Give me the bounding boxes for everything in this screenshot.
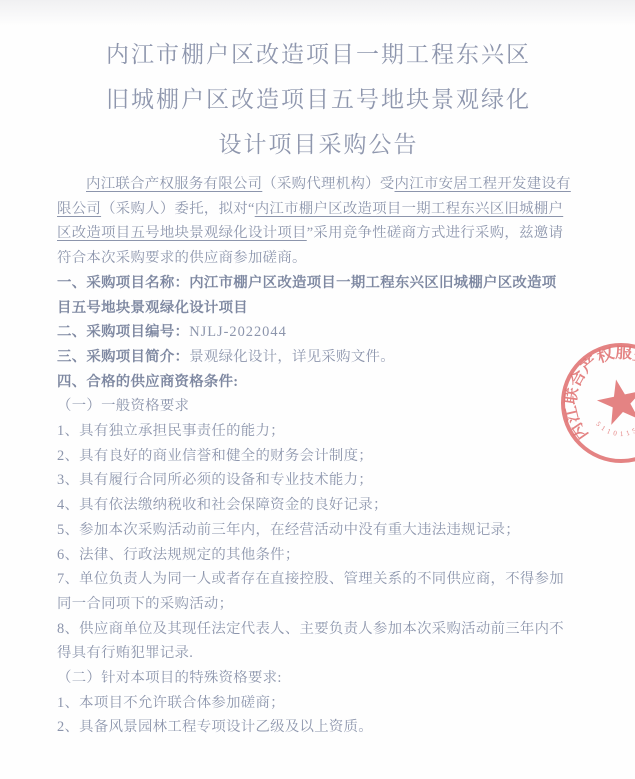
qualification-section-heading: 四、合格的供应商资格条件: xyxy=(57,370,580,395)
qualification-item: 8、供应商单位及其现任法定代表人、主要负责人参加本次采购活动前三年内不 xyxy=(57,617,580,642)
document-content: 内江市棚户区改造项目一期工程东兴区 旧城棚户区改造项目五号地块景观绿化 设计项目… xyxy=(57,32,580,740)
seal-star-icon xyxy=(594,375,635,427)
qualification-item: 7、单位负责人为同一人或者存在直接控股、管理关系的不同供应商，不得参加 xyxy=(57,567,580,592)
section-project-brief-row: 三、采购项目简介：景观绿化设计，详见采购文件。 xyxy=(57,345,580,370)
project-name-value: 内江市棚户区改造项目一期工程东兴区旧城棚户区改造项 xyxy=(189,275,556,291)
document-page: 内江市棚户区改造项目一期工程东兴区 旧城棚户区改造项目五号地块景观绿化 设计项目… xyxy=(0,0,635,779)
qualification-item: 2、具有良好的商业信誉和健全的财务会计制度； xyxy=(57,444,580,469)
qualification-item: 5、参加本次采购活动前三年内，在经营活动中没有重大违法违规记录； xyxy=(57,518,580,543)
qualification-item-continuation: 得具有行贿犯罪记录. xyxy=(57,641,580,666)
qualification-item: 1、具有独立承担民事责任的能力； xyxy=(57,419,580,444)
qualification-item: 3、具有履行合同所必须的设备和专业技术能力； xyxy=(57,468,580,493)
qualification-item: 4、具有依法缴纳税收和社会保障资金的良好记录； xyxy=(57,493,580,518)
project-number-value: NJLJ-2022044 xyxy=(189,324,287,340)
special-requirements-heading: （二）针对本项目的特殊资格要求: xyxy=(57,666,580,691)
document-body: 内江联合产权服务有限公司（采购代理机构）受内江市安居工程开发建设有 限公司（采购… xyxy=(57,172,580,740)
section-project-name-row: 目五号地块景观绿化设计项目 xyxy=(57,296,580,321)
qualification-item-continuation: 同一合同项下的采购活动； xyxy=(57,592,580,617)
intro-paragraph-line: 限公司（采购人）委托，拟对“内江市棚户区改造项目一期工程东兴区旧城棚户 xyxy=(57,197,580,222)
page-title-line-3: 设计项目采购公告 xyxy=(57,122,580,167)
section-label: 一、采购项目名称： xyxy=(57,275,189,291)
page-title: 内江市棚户区改造项目一期工程东兴区 旧城棚户区改造项目五号地块景观绿化 设计项目… xyxy=(57,32,580,167)
seal-serial-number: 51101150 xyxy=(594,420,635,438)
special-qualification-item: 1、本项目不允许联合体参加磋商； xyxy=(57,691,580,716)
purchaser-name: 内江市安居工程开发建设有 xyxy=(395,176,571,192)
intro-paragraph-line: 区改造项目五号地块景观绿化设计项目”采用竞争性磋商方式进行采购，兹邀请 xyxy=(57,221,580,246)
general-requirements-heading: （一）一般资格要求 xyxy=(57,394,580,419)
project-brief-value: 景观绿化设计，详见采购文件。 xyxy=(189,349,395,365)
project-name-value: 目五号地块景观绿化设计项目 xyxy=(57,300,248,316)
page-title-line-1: 内江市棚户区改造项目一期工程东兴区 xyxy=(57,32,580,77)
official-seal: 内江联合产权服务有限公司 51101150 xyxy=(541,323,635,483)
intro-paragraph-line: 内江联合产权服务有限公司（采购代理机构）受内江市安居工程开发建设有 xyxy=(57,172,580,197)
special-qualification-item: 2、具备风景园林工程专项设计乙级及以上资质。 xyxy=(57,715,580,740)
section-project-number-row: 二、采购项目编号：NJLJ-2022044 xyxy=(57,320,580,345)
page-title-line-2: 旧城棚户区改造项目五号地块景观绿化 xyxy=(57,77,580,122)
project-name: 内江市棚户区改造项目一期工程东兴区旧城棚户 xyxy=(255,201,564,217)
agency-name: 内江联合产权服务有限公司 xyxy=(86,176,262,192)
qualification-item: 6、法律、行政法规规定的其他条件； xyxy=(57,543,580,568)
section-label: 三、采购项目简介： xyxy=(57,349,189,365)
section-label: 二、采购项目编号： xyxy=(57,324,189,340)
intro-paragraph-line: 符合本次采购要求的供应商参加磋商。 xyxy=(57,246,580,271)
section-project-name-row: 一、采购项目名称：内江市棚户区改造项目一期工程东兴区旧城棚户区改造项 xyxy=(57,271,580,296)
